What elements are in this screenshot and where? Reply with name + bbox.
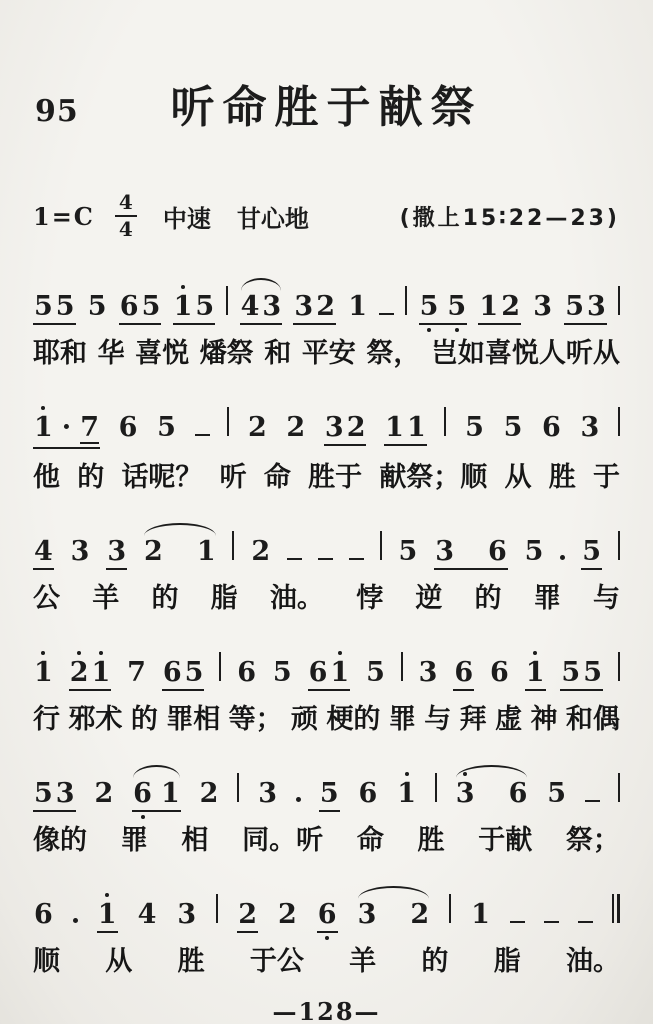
note-value: 5 — [583, 657, 602, 688]
note-value: 5 — [34, 778, 53, 809]
note-value: 1 — [161, 778, 180, 809]
note: 5 — [157, 414, 176, 441]
note-group: 6 — [33, 901, 54, 928]
lyric-word: 于 — [593, 462, 620, 493]
note: 3 — [533, 293, 552, 320]
lyric-word: 于公 — [250, 946, 304, 977]
barline — [435, 773, 437, 802]
slur-arc — [456, 765, 528, 778]
note: 5 — [583, 659, 602, 686]
lyric-word: 悖 — [356, 583, 383, 614]
note-value: 6 — [542, 412, 561, 443]
note-group: 5 — [272, 659, 293, 686]
note-value: 5 — [547, 778, 566, 809]
note-group: 55 — [560, 659, 603, 691]
note-group: 5 — [524, 538, 545, 565]
note-group: 53 — [33, 780, 76, 812]
barline — [219, 652, 221, 681]
note-group: 2 — [250, 538, 271, 565]
note: 6 — [509, 780, 528, 807]
note-group: 5 — [503, 414, 524, 441]
time-signature-numerator: 4 — [115, 191, 137, 217]
note: 1 — [34, 414, 53, 441]
note: 6 — [454, 659, 473, 686]
music-system: 1·7652232115563 他的话呢？听命胜于献祭；顺从胜于 — [33, 389, 620, 493]
note: 6 — [359, 780, 378, 807]
note-value: 5 — [525, 536, 544, 567]
lyric-word: 祭， — [366, 338, 420, 369]
lyric-word: 相 — [181, 825, 208, 856]
barline — [618, 652, 620, 681]
lyric-word: 同。听 — [242, 825, 323, 856]
octave-dot-above — [105, 893, 109, 897]
held-note-dash — [318, 558, 333, 561]
lyric-word: 神 — [530, 704, 557, 735]
note-value: 5 — [366, 657, 385, 688]
lyric-word: 逆 — [415, 583, 442, 614]
note-value: 5 — [504, 412, 523, 443]
note-group: 4 — [33, 538, 54, 570]
octave-dot-above — [338, 651, 342, 655]
note-value: 6 — [133, 778, 152, 809]
lyric-word: 胜 — [178, 946, 205, 977]
note: 3 — [177, 901, 196, 928]
note-value: 5 — [157, 412, 176, 443]
note: 5 — [504, 414, 523, 441]
note: 5 — [320, 780, 339, 807]
note-group: 6 — [489, 659, 510, 686]
lyric-word: 脂 — [494, 946, 521, 977]
note: 6 — [237, 659, 256, 686]
barline — [618, 531, 620, 560]
lyric-word: 顺 — [33, 946, 60, 977]
note: 2 — [70, 659, 89, 686]
music-system: 6143226321 顺从胜于公羊的脂油。 — [33, 876, 620, 977]
note-value: 2 — [410, 899, 429, 930]
barline — [237, 773, 239, 802]
barline — [405, 286, 407, 315]
barline — [226, 286, 228, 315]
note: 2 — [347, 414, 366, 441]
note-value: 6 — [490, 657, 509, 688]
note-value: 5 — [56, 291, 75, 322]
note-value: 3 — [56, 778, 75, 809]
note-value: 2 — [286, 412, 305, 443]
note-group: 2 — [237, 901, 258, 933]
note: 1 — [161, 780, 180, 807]
note: 3 — [262, 293, 281, 320]
note: 2 — [501, 293, 520, 320]
octave-dot-above — [99, 651, 103, 655]
lyric-word: 羊 — [349, 946, 376, 977]
note-group: 5 — [464, 414, 485, 441]
note-value: 2 — [70, 657, 89, 688]
note: 5 — [465, 414, 484, 441]
note: 2 — [278, 901, 297, 928]
lyrics-line: 像的罪相同。听命胜于献祭； — [33, 825, 620, 856]
note-group: 1·7 — [33, 414, 100, 449]
note-value: 6 — [359, 778, 378, 809]
barline — [618, 286, 620, 315]
note-value: 6 — [309, 657, 328, 688]
note-group: 6 — [317, 901, 338, 933]
note-group: 5 — [398, 538, 419, 565]
note-value: 1 — [330, 657, 349, 688]
note-group: 55 — [419, 293, 468, 325]
note-group: 15 — [173, 293, 216, 325]
note: 2 — [410, 901, 429, 928]
note: 5 — [582, 538, 601, 565]
lyric-word: 罪相 — [166, 704, 220, 735]
note: 6 — [34, 901, 53, 928]
barline — [216, 894, 218, 923]
note-value: 3 — [177, 899, 196, 930]
lyric-word: 和偶 — [566, 704, 620, 735]
page-number: —128— — [33, 997, 620, 1024]
note-value: 1 — [479, 291, 498, 322]
note-value: 3 — [262, 291, 281, 322]
note-group: 3 — [257, 780, 278, 807]
note-group: 1 — [525, 659, 546, 691]
lyrics-line: 公羊的脂油。悖逆的罪与 — [33, 583, 620, 614]
note-value: 3 — [71, 536, 90, 567]
lyric-word: 的 — [475, 583, 502, 614]
note-value: 2 — [238, 899, 257, 930]
slur-arc — [358, 886, 430, 899]
note-group: 43 — [240, 293, 283, 325]
note-value: 1 — [526, 657, 545, 688]
lyric-word: 命 — [264, 462, 291, 493]
lyric-word: 邪术 — [68, 704, 122, 735]
note: 5 — [366, 659, 385, 686]
note-group: 2 — [285, 414, 306, 441]
note-group: 5 — [581, 538, 602, 570]
note: 3 — [581, 414, 600, 441]
note-value: 1 — [385, 412, 404, 443]
note-group: 3 — [418, 659, 439, 686]
note-value: 2 — [501, 291, 520, 322]
note: 3 — [587, 293, 606, 320]
hymnal-page: 95 听命胜于献祭 1=C 4 4 中速 甘心地 (撒上15∶22—23) 55… — [0, 0, 653, 1024]
note-value: 3 — [358, 899, 377, 930]
note: 1 — [471, 901, 490, 928]
note-group: 1 — [33, 659, 54, 686]
note-value: 1 — [174, 291, 193, 322]
note-group: 6 — [541, 414, 562, 441]
slur-arc — [144, 523, 216, 536]
note-value: 3 — [435, 536, 454, 567]
lyric-word: 话呢？ — [121, 462, 202, 493]
note-group: 3 — [106, 538, 127, 570]
tempo-marking: 中速 — [163, 199, 211, 234]
note-group: 1 — [347, 293, 368, 320]
held-note-dash — [578, 921, 593, 924]
note-group: 5 — [365, 659, 386, 686]
barline — [380, 531, 382, 560]
note-group: 53 — [564, 293, 607, 325]
key-signature-line: 1=C 4 4 中速 甘心地 (撒上15∶22—23) — [33, 192, 620, 240]
note: 3 — [325, 414, 344, 441]
lyric-word: 和 — [264, 338, 291, 369]
lyric-word: 公 — [33, 583, 60, 614]
note-group: 5 — [156, 414, 177, 441]
note-value: 1 — [397, 778, 416, 809]
note: 5 — [34, 293, 53, 320]
lyric-word: 胜于 — [308, 462, 362, 493]
note: 2 — [200, 780, 219, 807]
note-group: 2 — [247, 414, 268, 441]
note-value: 2 — [94, 778, 113, 809]
lyric-word: 岂如喜悦人听从 — [431, 338, 620, 369]
note-group: 65 — [119, 293, 162, 325]
note: 5 — [565, 293, 584, 320]
note-group: 1 — [396, 780, 417, 807]
note: 3 — [358, 901, 377, 928]
final-barline — [612, 894, 620, 923]
note-group: 61 — [132, 780, 181, 812]
lyric-word: 的 — [151, 583, 178, 614]
note: 5 — [273, 659, 292, 686]
held-note-dash — [195, 434, 210, 437]
lyric-word: 与 — [593, 583, 620, 614]
note-value: 5 — [561, 657, 580, 688]
note: 2 — [316, 293, 335, 320]
note-value: 5 — [465, 412, 484, 443]
barline — [618, 773, 620, 802]
note: · — [62, 414, 71, 441]
barline — [232, 531, 234, 560]
lyric-word: 的 — [77, 462, 104, 493]
slur-arc — [133, 765, 180, 778]
note: 5 — [547, 780, 566, 807]
lyric-word: 等； — [229, 704, 283, 735]
note-value: 4 — [138, 899, 157, 930]
octave-dot-above — [77, 651, 81, 655]
note-group: 4 — [137, 901, 158, 928]
music-system: 43321253655 公羊的脂油。悖逆的罪与 — [33, 513, 620, 614]
lyric-word: 与 — [424, 704, 451, 735]
note: 1 — [91, 659, 110, 686]
octave-dot-below — [427, 328, 431, 332]
note-value: 3 — [419, 657, 438, 688]
octave-dot-below — [455, 328, 459, 332]
note: 3 — [456, 780, 475, 807]
octave-dot-above — [463, 772, 467, 776]
note-group: 6 — [453, 659, 474, 691]
note: 5 — [399, 538, 418, 565]
held-note-dash — [349, 558, 364, 561]
note-value: 6 — [488, 536, 507, 567]
lyric-word: 耶和 — [33, 338, 87, 369]
lyric-word: 的 — [421, 946, 448, 977]
lyric-word: 从 — [105, 946, 132, 977]
note-value: 5 — [565, 291, 584, 322]
held-note-dash — [544, 921, 559, 924]
lyric-word: 平安 — [302, 338, 356, 369]
note: 7 — [127, 659, 146, 686]
note-value: 2 — [248, 412, 267, 443]
note: 1 — [197, 538, 216, 565]
note: 4 — [34, 538, 53, 565]
note-group: 7 — [126, 659, 147, 686]
note-value: 6 — [119, 412, 138, 443]
note-value: 6 — [237, 657, 256, 688]
note-value: 5 — [420, 291, 439, 322]
lyric-word: 胜 — [549, 462, 576, 493]
held-note-dash — [287, 558, 302, 561]
note-group: 32 — [357, 901, 431, 928]
note: 3 — [107, 538, 126, 565]
note-value: 6 — [163, 657, 182, 688]
notation-line: 43321253655 — [33, 513, 620, 570]
lyric-word: 行 — [33, 704, 60, 735]
note-group: 5 — [87, 293, 108, 320]
note-value: 2 — [316, 291, 335, 322]
scripture-reference: (撒上15∶22—23) — [400, 201, 620, 232]
barline — [444, 407, 446, 436]
music-system: 5556515433215512353 耶和华喜悦燔祭和平安祭，岂如喜悦人听从 — [33, 268, 620, 369]
octave-dot-below — [141, 815, 145, 819]
note-group: 12 — [478, 293, 521, 325]
note: 2 — [286, 414, 305, 441]
note-value: 5 — [399, 536, 418, 567]
lyric-word: 从 — [505, 462, 532, 493]
note-group: 3 — [532, 293, 553, 320]
lyrics-line: 顺从胜于公羊的脂油。 — [33, 946, 620, 977]
note-value: 3 — [258, 778, 277, 809]
note: 6 — [488, 538, 507, 565]
notation-line: 6143226321 — [33, 876, 620, 933]
note-group: 65 — [162, 659, 205, 691]
note-value: 2 — [200, 778, 219, 809]
note: 1 — [526, 659, 545, 686]
note: 1 — [98, 901, 117, 928]
note-value: 3 — [107, 536, 126, 567]
note: 5 — [195, 293, 214, 320]
lyric-word: 喜悦 — [135, 338, 189, 369]
lyric-word: 的 — [131, 704, 158, 735]
octave-dot-above — [41, 651, 45, 655]
lyric-word: 他 — [33, 462, 60, 493]
lyric-word: 油。 — [270, 583, 324, 614]
note: 1 — [34, 659, 53, 686]
note: 1 — [407, 414, 426, 441]
lyric-word: 顽 — [291, 704, 318, 735]
barline — [227, 407, 229, 436]
note: 1 — [397, 780, 416, 807]
note-value: 2 — [347, 412, 366, 443]
note-group: 5 — [546, 780, 567, 807]
note: 5 — [447, 293, 466, 320]
lyric-word: 祭； — [566, 825, 620, 856]
lyric-word: 燔祭 — [200, 338, 254, 369]
note-value: 3 — [325, 412, 344, 443]
note-value: 6 — [318, 899, 337, 930]
note-value: 5 — [273, 657, 292, 688]
notation-line: 5326123561365 — [33, 755, 620, 812]
key-signature: 1=C — [33, 202, 95, 231]
notation-line: 12176565615366155 — [33, 634, 620, 691]
note-value: 7 — [80, 412, 99, 443]
note: 2 — [248, 414, 267, 441]
note: 4 — [241, 293, 260, 320]
octave-dot-above — [181, 285, 185, 289]
note: 5 — [56, 293, 75, 320]
note-value: 1 — [471, 899, 490, 930]
expression-marking: 甘心地 — [237, 199, 309, 234]
music-system: 12176565615366155 行邪术的罪相等；顽梗的罪与拜虚神和偶 — [33, 634, 620, 735]
lyric-word: 像的 — [33, 825, 87, 856]
note-value: 5 — [320, 778, 339, 809]
lyric-word: 献祭；顺 — [379, 462, 487, 493]
note-value: 2 — [278, 899, 297, 930]
note: 1 — [385, 414, 404, 441]
octave-dot-above — [405, 772, 409, 776]
note: 7 — [80, 414, 99, 444]
note-group: 3 — [176, 901, 197, 928]
lyrics-line: 行邪术的罪相等；顽梗的罪与拜虚神和偶 — [33, 704, 620, 735]
lyric-word: 脂 — [211, 583, 238, 614]
music-systems: 5556515433215512353 耶和华喜悦燔祭和平安祭，岂如喜悦人听从 … — [33, 268, 620, 977]
note: 3 — [71, 538, 90, 565]
lyric-word: 命 — [357, 825, 384, 856]
lyric-word: 罪 — [121, 825, 148, 856]
lyric-word: 听 — [220, 462, 247, 493]
time-signature: 4 4 — [115, 191, 137, 241]
note: 6 — [490, 659, 509, 686]
note: 3 — [435, 538, 454, 565]
note: 3 — [258, 780, 277, 807]
note: 6 — [318, 901, 337, 928]
note-group: 36 — [455, 780, 529, 807]
note-value: 3 — [533, 291, 552, 322]
held-note-dash — [510, 921, 525, 924]
note-value: 3 — [587, 291, 606, 322]
note: 5 — [88, 293, 107, 320]
lyrics-line: 他的话呢？听命胜于献祭；顺从胜于 — [33, 462, 620, 493]
held-note-dash — [379, 313, 394, 316]
note-group: 1 — [470, 901, 491, 928]
note: 1 — [174, 293, 193, 320]
note: 6 — [119, 414, 138, 441]
note: 6 — [309, 659, 328, 686]
note-group: 5 — [319, 780, 340, 812]
note: 4 — [138, 901, 157, 928]
hymn-number: 95 — [35, 94, 79, 129]
octave-dot-above — [41, 406, 45, 410]
augmentation-dot — [560, 555, 565, 560]
note: 2 — [251, 538, 270, 565]
note-group: 2 — [93, 780, 114, 807]
augmentation-dot — [73, 918, 78, 923]
lyric-word: 罪 — [389, 704, 416, 735]
note-group: 32 — [293, 293, 336, 325]
note: 5 — [185, 659, 204, 686]
note: 3 — [56, 780, 75, 807]
note-value: 2 — [144, 536, 163, 567]
note-value: 6 — [509, 778, 528, 809]
lyric-word: 羊 — [92, 583, 119, 614]
note: 1 — [330, 659, 349, 686]
note-value: 3 — [456, 778, 475, 809]
held-note-dash — [585, 800, 600, 803]
page-header: 95 听命胜于献祭 — [33, 84, 620, 136]
notation-line: 1·7652232115563 — [33, 389, 620, 449]
note-value: 6 — [34, 899, 53, 930]
note: 2 — [94, 780, 113, 807]
note: 6 — [163, 659, 182, 686]
lyric-word: 梗的 — [326, 704, 380, 735]
